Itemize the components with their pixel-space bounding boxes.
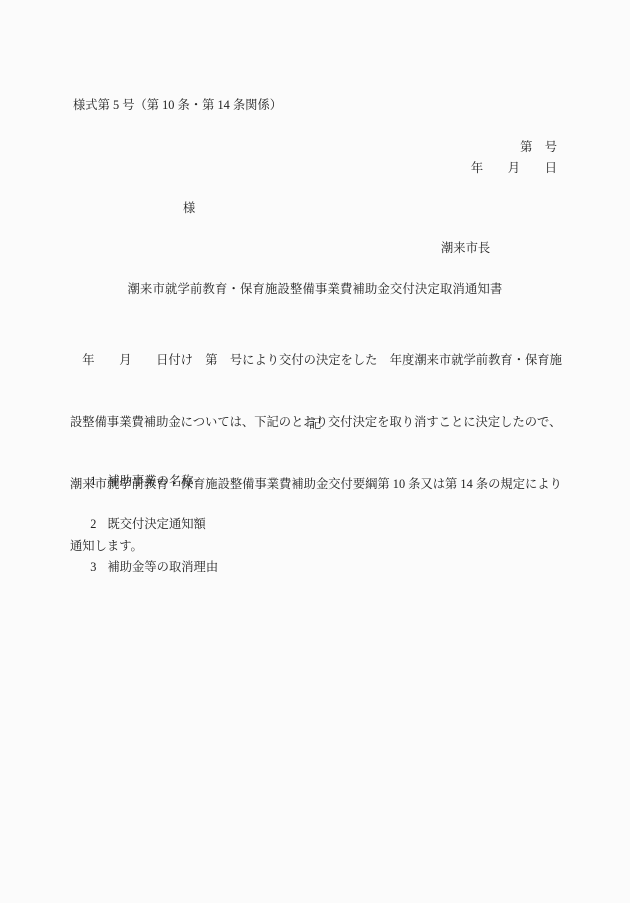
doc-number-placeholder: 第 号 [520, 137, 557, 155]
form-number: 様式第 5 号（第 10 条・第 14 条関係） [73, 95, 282, 113]
list-item: 2既交付決定通知額 [78, 499, 206, 547]
item-label: 補助金等の取消理由 [107, 560, 218, 574]
sender-name: 潮来市長 [441, 238, 490, 256]
section-marker-ki: 記 [0, 414, 630, 432]
body-line-1: 年 月 日付け 第 号により交付の決定をした 年度潮来市就学前教育・保育施 [70, 350, 564, 371]
date-placeholder: 年 月 日 [471, 158, 557, 176]
recipient-suffix: 様 [183, 198, 195, 216]
item-number: 1 [90, 474, 96, 488]
item-label: 補助事業の名称 [107, 474, 193, 488]
document-page: 様式第 5 号（第 10 条・第 14 条関係） 第 号 年 月 日 様 潮来市… [0, 0, 630, 903]
document-title: 潮来市就学前教育・保育施設整備事業費補助金交付決定取消通知書 [0, 279, 630, 297]
item-number: 3 [90, 560, 96, 574]
list-item: 3補助金等の取消理由 [78, 542, 218, 590]
list-item: 1補助事業の名称 [78, 456, 194, 504]
item-number: 2 [90, 517, 96, 531]
item-label: 既交付決定通知額 [107, 517, 205, 531]
